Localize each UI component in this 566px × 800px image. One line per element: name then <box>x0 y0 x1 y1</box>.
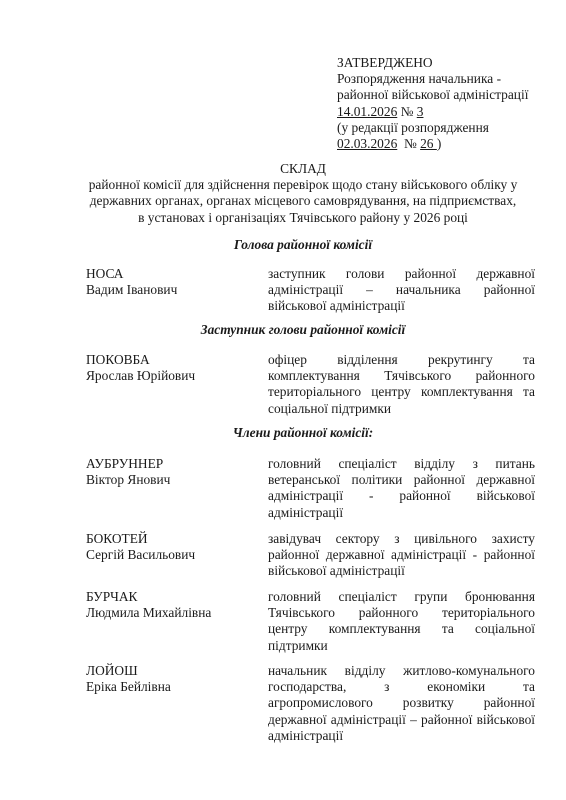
number-sign: № <box>397 136 420 151</box>
member-position: головний спеціаліст групи бронювання Тяч… <box>268 589 535 654</box>
member-name: ПОКОВБА Ярослав Юрійович <box>86 352 256 384</box>
member-position: головний спеціаліст відділу з питань вет… <box>268 456 535 521</box>
member-name: ЛОЙОШ Еріка Бейлівна <box>86 663 256 695</box>
approval-line: Розпорядження начальника - <box>337 71 562 87</box>
member-position: начальник відділу житлово-комунального г… <box>268 663 535 744</box>
section-heading-members: Члени районної комісії: <box>40 425 566 441</box>
order-number: 3 <box>417 104 424 119</box>
member-given-name: Вадим Іванович <box>86 282 256 298</box>
member-name: АУБРУННЕР Віктор Янович <box>86 456 256 488</box>
member-surname: ПОКОВБА <box>86 352 256 368</box>
section-heading-deputy: Заступник голови районної комісії <box>40 322 566 338</box>
member-surname: БОКОТЕЙ <box>86 531 256 547</box>
document-title: СКЛАД районної комісії для здійснення пе… <box>40 161 566 226</box>
amendment-order-ref: 02.03.2026 № 26 ) <box>337 136 562 152</box>
member-surname: АУБРУННЕР <box>86 456 256 472</box>
title-line: районної комісії для здійснення перевіро… <box>40 177 566 193</box>
section-heading-chair: Голова районної комісії <box>40 237 566 253</box>
order-date: 14.01.2026 <box>337 104 397 119</box>
member-surname: БУРЧАК <box>86 589 256 605</box>
member-name: НОСА Вадим Іванович <box>86 266 256 298</box>
member-position: завідувач сектору з цивільного захисту р… <box>268 531 535 580</box>
member-given-name: Ярослав Юрійович <box>86 368 256 384</box>
member-given-name: Людмила Михайлівна <box>86 605 256 621</box>
approval-line: районної військової адміністрації <box>337 87 562 103</box>
member-name: БОКОТЕЙ Сергій Васильович <box>86 531 256 563</box>
member-position: офіцер відділення рекрутингу та комплект… <box>268 352 535 417</box>
approval-order-ref: 14.01.2026 № 3 <box>337 104 562 120</box>
title-heading: СКЛАД <box>40 161 566 177</box>
number-sign: № <box>397 104 416 119</box>
title-line: в установах і організаціях Тячівського р… <box>40 210 566 226</box>
member-surname: ЛОЙОШ <box>86 663 256 679</box>
closing-paren: ) <box>437 136 441 151</box>
approval-line: (у редакції розпорядження <box>337 120 562 136</box>
member-surname: НОСА <box>86 266 256 282</box>
amendment-date: 02.03.2026 <box>337 136 397 151</box>
member-given-name: Еріка Бейлівна <box>86 679 256 695</box>
approval-stamp: ЗАТВЕРДЖЕНО Розпорядження начальника - р… <box>337 55 562 152</box>
member-given-name: Віктор Янович <box>86 472 256 488</box>
member-given-name: Сергій Васильович <box>86 547 256 563</box>
title-line: державних органах, органах місцевого сам… <box>40 193 566 209</box>
member-position: заступник голови районної державної адмі… <box>268 266 535 315</box>
member-name: БУРЧАК Людмила Михайлівна <box>86 589 256 621</box>
amendment-number: 26 <box>420 136 437 151</box>
approval-status: ЗАТВЕРДЖЕНО <box>337 55 562 71</box>
